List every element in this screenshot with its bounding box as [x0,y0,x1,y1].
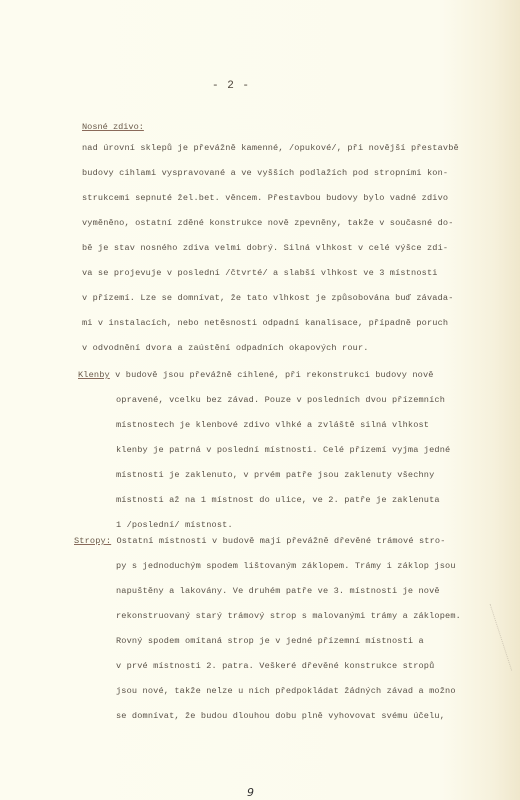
section-heading-nosne-zdivo: Nosné zdivo: [82,122,144,132]
section-heading-klenby: Klenby [78,370,110,380]
text-line: 1 /poslední/ místnost. [116,520,233,530]
text-line: va se projevuje v poslední /čtvrté/ a sl… [82,268,438,278]
text-line: místnostech je klenbové zdivo vlhké a zv… [116,420,429,430]
paper-fold-mark [490,599,520,670]
text-line: v přízemí. Lze se domnívat, že tato vlhk… [82,293,454,303]
document-page: - 2 - Nosné zdivo: nad úrovní sklepů je … [0,0,520,800]
text-line: v odvodnění dvora a zaústění odpadních o… [82,343,369,353]
handwritten-page-number: 9 [247,786,254,799]
text-line: py s jednoduchým spodem lištovaným záklo… [116,561,456,571]
text-line: jsou nové, takže nelze u nich předpoklád… [116,686,456,696]
text-line: opravené, vcelku bez závad. Pouze v posl… [116,395,445,405]
text-line: Stropy: Ostatní místnosti v budově mají … [74,536,446,546]
text-line: místnosti je zaklenuto, v prvém patře js… [116,470,434,480]
text-line: napuštěny a lakovány. Ve druhém patře ve… [116,586,440,596]
text-line: v prvé místnosti 2. patra. Veškeré dřevě… [116,661,434,671]
text-line: rekonstruovaný starý trámový strop s mal… [116,611,461,621]
section-heading-stropy: Stropy: [74,536,111,546]
text-line: vyměněno, ostatní zděné konstrukce nově … [82,218,454,228]
page-header-number: - 2 - [212,80,250,92]
text-line: klenby je patrná v poslední místnosti. C… [116,445,450,455]
text-line: místnosti až na 1 místnost do ulice, ve … [116,495,440,505]
text-line: se domnívat, že budou dlouhou dobu plně … [116,711,445,721]
text-line: Klenby v budově jsou převážně cihlené, p… [78,370,434,380]
text-line: strukcemi sepnuté žel.bet. věncem. Přest… [82,193,448,203]
text-line: bě je stav nosného zdiva velmi dobrý. Si… [82,243,448,253]
text-line: budovy cihlami vyspravované a ve vyšších… [82,168,448,178]
text-line-first: v budově jsou převážně cihlené, při reko… [110,370,434,380]
text-line-first: Ostatní místnosti v budově mají převážně… [111,536,445,546]
text-line: Rovný spodem omítaná strop je v jedné př… [116,636,424,646]
text-line: nad úrovní sklepů je převážně kamenné, /… [82,143,459,153]
text-line: mi v instalacích, nebo netěsnosti odpadn… [82,318,448,328]
